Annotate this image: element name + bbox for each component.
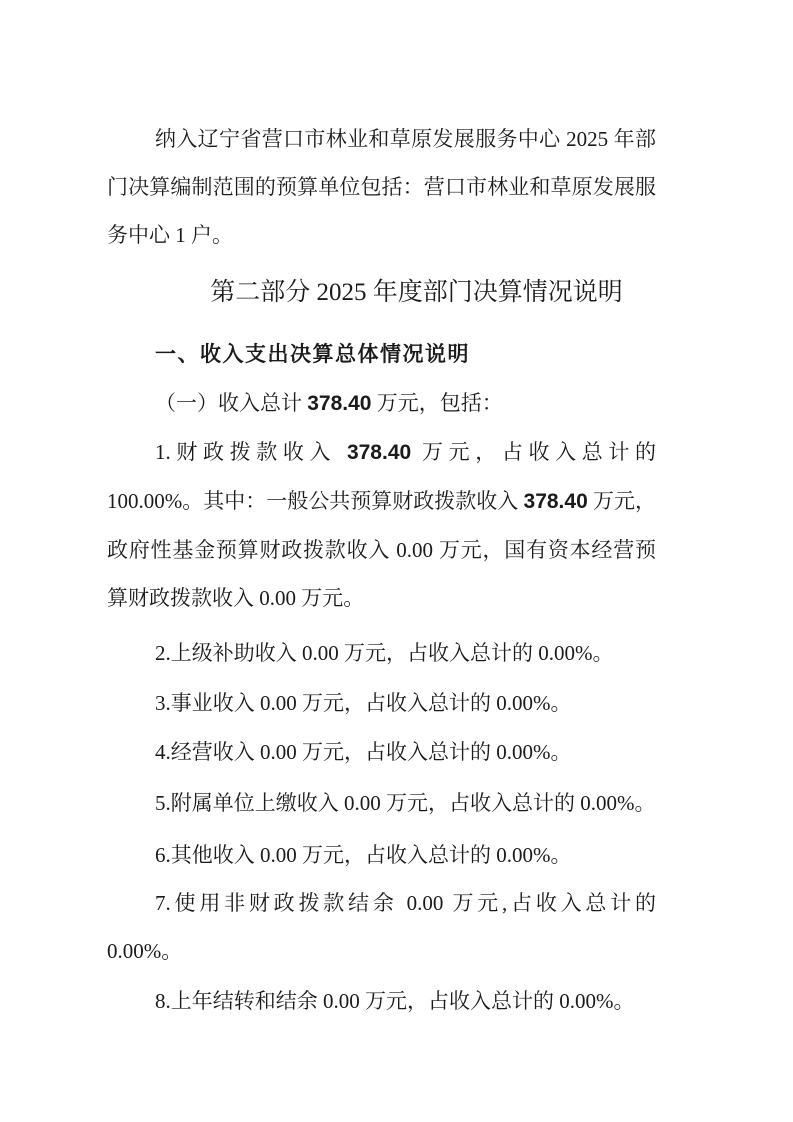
text-run: 万元。 bbox=[296, 586, 364, 610]
text-run: 1.财政拨款收入 bbox=[155, 440, 347, 464]
text-run: 。 bbox=[551, 691, 572, 715]
numeric-text-run: 2025 bbox=[317, 279, 367, 306]
text-run: 。其中：一般公共预算财政拨款收入 bbox=[182, 489, 523, 513]
text-run: 第二部分 bbox=[210, 279, 316, 306]
text-run: 5.附属单位上缴收入 bbox=[155, 791, 344, 815]
numeric-text-run: 0.00 bbox=[344, 791, 381, 815]
document-body: 纳入辽宁省营口市林业和草原发展服务中心 2025 年部门决算编制范围的预算单位包… bbox=[107, 115, 656, 1025]
numeric-text-run: 0.00 bbox=[260, 843, 297, 867]
numeric-text-run: 378.40 bbox=[307, 392, 371, 415]
numeric-text-run: 0.00 bbox=[260, 691, 297, 715]
text-run: 万元，占收入总计的 bbox=[339, 641, 539, 665]
section-1-heading: 一、收入支出决算总体情况说明 bbox=[107, 331, 656, 379]
numeric-text-run: 378.40 bbox=[524, 490, 588, 513]
text-run: 。 bbox=[635, 791, 656, 815]
item-8: 8.上年结转和结余 0.00 万元，占收入总计的 0.00%。 bbox=[107, 977, 656, 1025]
numeric-text-run: 0.00 bbox=[407, 891, 444, 915]
text-run: 万元，占收入总计的 bbox=[381, 791, 581, 815]
item-6: 6.其他收入 0.00 万元，占收入总计的 0.00%。 bbox=[107, 831, 656, 879]
item-5: 5.附属单位上缴收入 0.00 万元，占收入总计的 0.00%。 bbox=[107, 779, 656, 827]
numeric-text-run: 1 bbox=[175, 223, 186, 247]
text-run: 万元，占收入总计的 bbox=[297, 740, 497, 764]
text-run: 。 bbox=[551, 843, 572, 867]
numeric-text-run: 0.00 bbox=[396, 538, 433, 562]
item-4: 4.经营收入 0.00 万元，占收入总计的 0.00%。 bbox=[107, 728, 656, 776]
item-1: 1.财政拨款收入 378.40 万元，占收入总计的 100.00%。其中：一般公… bbox=[107, 428, 656, 622]
numeric-text-run: 0.00 bbox=[260, 740, 297, 764]
numeric-text-run: 0.00% bbox=[496, 740, 550, 764]
text-run: 3.事业收入 bbox=[155, 691, 260, 715]
item-3: 3.事业收入 0.00 万元，占收入总计的 0.00%。 bbox=[107, 679, 656, 727]
text-run: （一）收入总计 bbox=[155, 391, 307, 415]
numeric-text-run: 0.00 bbox=[302, 641, 339, 665]
income-total-line: （一）收入总计 378.40 万元，包括： bbox=[107, 379, 656, 428]
text-run: 万元，包括： bbox=[371, 391, 502, 415]
text-run: 。 bbox=[551, 740, 572, 764]
numeric-text-run: 0.00% bbox=[580, 791, 634, 815]
numeric-text-run: 0.00% bbox=[107, 939, 161, 963]
numeric-text-run: 2025 bbox=[566, 127, 608, 151]
text-run: 万元,占收入总计的 bbox=[443, 891, 656, 915]
text-run: 6.其他收入 bbox=[155, 843, 260, 867]
text-run: 。 bbox=[161, 939, 182, 963]
numeric-text-run: 0.00 bbox=[259, 586, 296, 610]
intro-paragraph: 纳入辽宁省营口市林业和草原发展服务中心 2025 年部门决算编制范围的预算单位包… bbox=[107, 115, 656, 259]
numeric-text-run: 0.00% bbox=[496, 691, 550, 715]
document-page: 纳入辽宁省营口市林业和草原发展服务中心 2025 年部门决算编制范围的预算单位包… bbox=[0, 0, 793, 1122]
part2-title: 第二部分 2025 年度部门决算情况说明 bbox=[177, 269, 656, 317]
text-run: 。 bbox=[614, 989, 635, 1013]
text-run: 年度部门决算情况说明 bbox=[367, 279, 623, 306]
text-run: 一、收入支出决算总体情况说明 bbox=[155, 343, 470, 366]
text-run: 万元，占收入总计的 bbox=[360, 989, 560, 1013]
numeric-text-run: 0.00 bbox=[323, 989, 360, 1013]
text-run: 万元，占收入总计的 bbox=[297, 843, 497, 867]
numeric-text-run: 378.40 bbox=[347, 441, 411, 464]
text-run: 2.上级补助收入 bbox=[155, 641, 302, 665]
numeric-text-run: 0.00% bbox=[538, 641, 592, 665]
text-run: 4.经营收入 bbox=[155, 740, 260, 764]
text-run: 7.使用非财政拨款结余 bbox=[155, 891, 407, 915]
text-run: 8.上年结转和结余 bbox=[155, 989, 323, 1013]
text-run: 。 bbox=[593, 641, 614, 665]
numeric-text-run: 0.00% bbox=[559, 989, 613, 1013]
text-run: 纳入辽宁省营口市林业和草原发展服务中心 bbox=[155, 127, 566, 151]
text-run: 万元，占收入总计的 bbox=[411, 440, 656, 464]
text-run: 户。 bbox=[186, 223, 233, 247]
numeric-text-run: 0.00% bbox=[496, 843, 550, 867]
numeric-text-run: 100.00% bbox=[107, 489, 182, 513]
text-run: 万元，占收入总计的 bbox=[297, 691, 497, 715]
item-7: 7.使用非财政拨款结余 0.00 万元,占收入总计的 0.00%。 bbox=[107, 879, 656, 975]
item-2: 2.上级补助收入 0.00 万元，占收入总计的 0.00%。 bbox=[107, 629, 656, 677]
